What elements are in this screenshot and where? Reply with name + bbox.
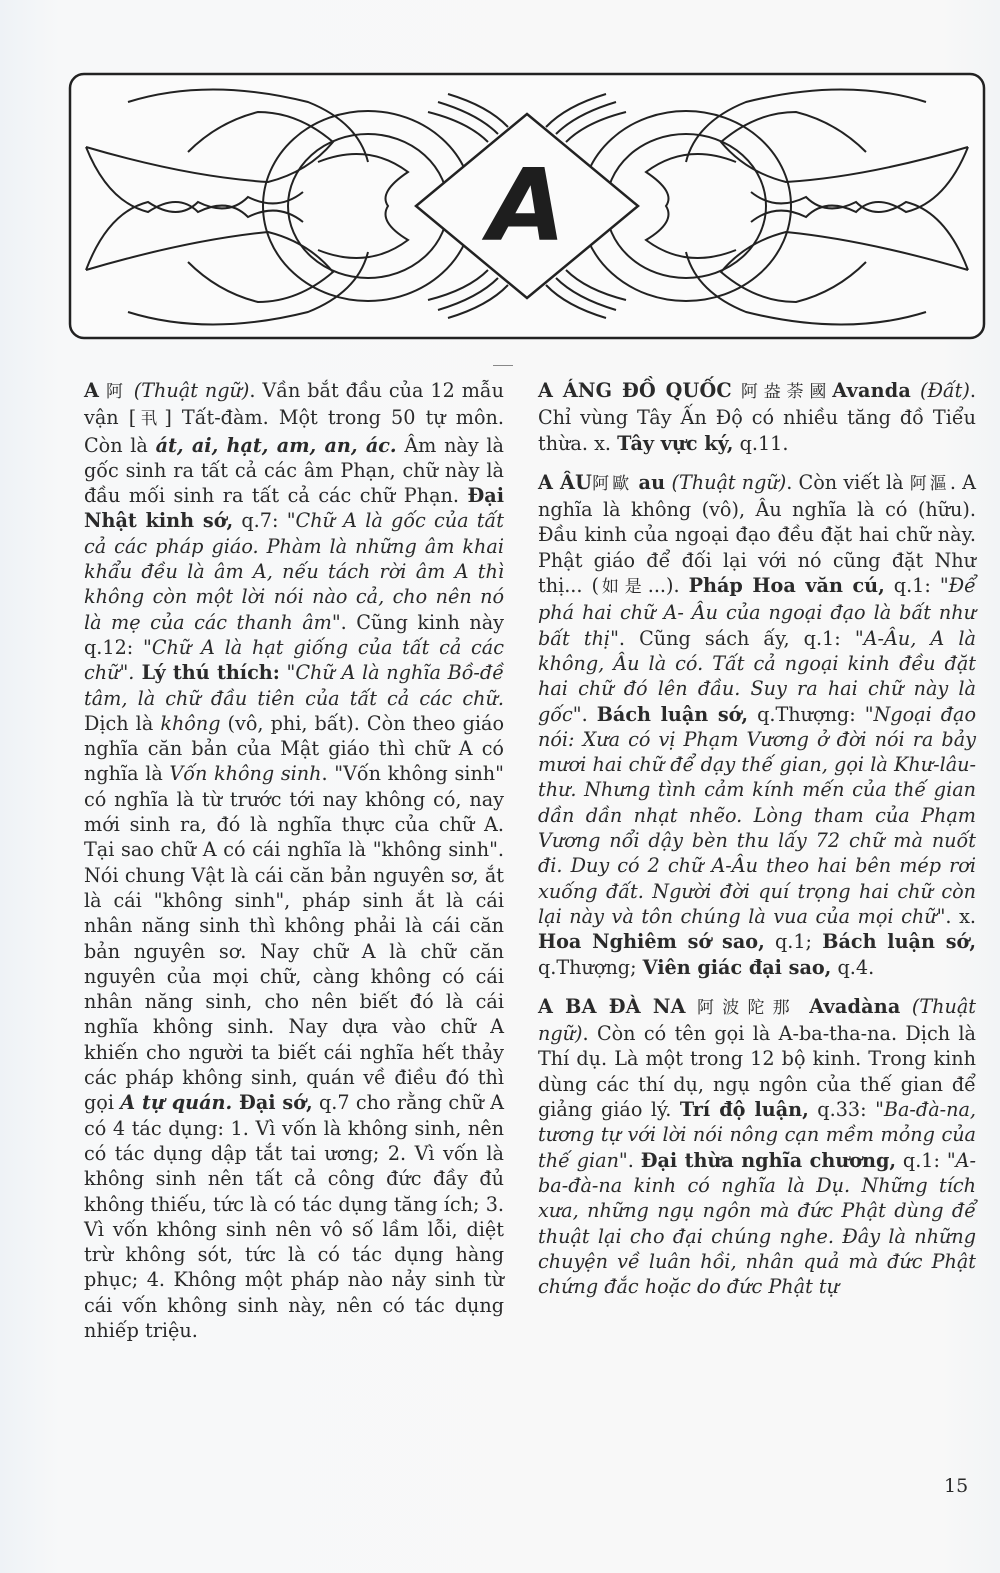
entry-body: A ÁNG ĐỒ QUỐC 阿盎荼國Avanda (Đất). Chỉ vùng…	[538, 378, 976, 456]
definition-text: Dịch là	[84, 712, 160, 735]
han-characters: 如是	[599, 577, 648, 597]
definition-text: . x.	[945, 905, 976, 928]
definition-text: . Còn viết là	[786, 471, 909, 494]
han-characters: 阿歐	[592, 474, 632, 494]
left-column: A 阿 (Thuật ngữ). Vần bắt đầu của 12 mẫu …	[84, 378, 504, 1357]
headword: A BA ĐÀ NA	[538, 995, 686, 1018]
entry-body: A BA ĐÀ NA 阿波陀那 Avadàna (Thuật ngữ). Còn…	[538, 994, 976, 1300]
source-reference: Pháp Hoa văn cú,	[689, 574, 885, 597]
source-reference: Đại sớ,	[232, 1091, 313, 1114]
definition-text: q.1:	[885, 574, 940, 597]
definition-text: q.1;	[765, 930, 822, 953]
source-reference: Lý thú thích:	[134, 661, 279, 684]
definition-text: . "Vốn không sinh" có nghĩa là từ trước …	[84, 762, 504, 1114]
term: A tự quán.	[120, 1091, 232, 1114]
right-column: A ÁNG ĐỒ QUỐC 阿盎荼國Avanda (Đất). Chỉ vùng…	[538, 378, 976, 1313]
source-reference: Hoa Nghiêm sớ sao,	[538, 930, 765, 953]
category-label: (Đất)	[920, 379, 970, 402]
entry-a-ba-da-na: A BA ĐÀ NA 阿波陀那 Avadàna (Thuật ngữ). Còn…	[538, 994, 976, 1300]
siddham-glyph: 丮	[136, 409, 164, 429]
source-reference: Đại thừa nghĩa chương,	[641, 1149, 896, 1172]
definition-text: q.7 cho rằng chữ A có 4 tác dụng: 1. Vì …	[84, 1091, 504, 1342]
entry-body: A ÂU阿歐 au (Thuật ngữ). Còn viết là 阿漚. A…	[538, 470, 976, 980]
variant-syllables: át, ai, hạt, am, an, ác.	[156, 434, 397, 457]
emphasis: không	[160, 712, 220, 735]
entry-a: A 阿 (Thuật ngữ). Vần bắt đầu của 12 mẫu …	[84, 378, 504, 1343]
entry-a-au: A ÂU阿歐 au (Thuật ngữ). Còn viết là 阿漚. A…	[538, 470, 976, 980]
definition-text: ...).	[648, 574, 689, 597]
definition-text: .	[582, 703, 597, 726]
entry-body: A 阿 (Thuật ngữ). Vần bắt đầu của 12 mẫu …	[84, 378, 504, 1343]
definition-text: q.Thượng;	[538, 956, 643, 979]
definition-text: q.7:	[233, 509, 287, 532]
source-reference: Bách luận sớ,	[597, 703, 748, 726]
definition-text: q.33:	[809, 1098, 875, 1121]
definition-text: q.Thượng:	[748, 703, 865, 726]
category-label: (Thuật ngữ)	[134, 379, 250, 402]
print-mark	[493, 365, 513, 366]
source-reference: Viên giác đại sao,	[643, 956, 832, 979]
banner-letter: A	[481, 147, 565, 264]
dictionary-page: A A 阿 (Thuật ngữ). Vần bắt đầu của 12 mẫ…	[0, 0, 1000, 1573]
han-characters: 阿盎荼國	[741, 382, 832, 402]
definition-text: q.11.	[733, 432, 788, 455]
headword: A ÂU	[538, 471, 592, 494]
source-reference: Trí độ luận,	[680, 1098, 809, 1121]
sanskrit-term: Avanda	[832, 379, 911, 402]
definition-text: q.4.	[831, 956, 874, 979]
definition-text: q.1:	[896, 1149, 947, 1172]
headword: A	[84, 379, 99, 402]
han-characters: 阿漚	[910, 474, 950, 494]
han-characters: 阿	[106, 382, 127, 402]
source-reference: Tây vực ký,	[617, 432, 733, 455]
entry-a-ang-do-quoc: A ÁNG ĐỒ QUỐC 阿盎荼國Avanda (Đất). Chỉ vùng…	[538, 378, 976, 456]
definition-text: .	[628, 1149, 641, 1172]
category-label: (Thuật ngữ)	[671, 471, 786, 494]
definition-text: . Cũng sách ấy, q.1:	[619, 627, 855, 650]
ornamental-banner: A	[68, 72, 986, 340]
source-reference: Bách luận sớ,	[822, 930, 976, 953]
page-number: 15	[944, 1475, 968, 1497]
scroll-ornament-icon: A	[68, 72, 986, 340]
sanskrit-term: Avadàna	[809, 995, 900, 1018]
sanskrit-term: au	[638, 471, 665, 494]
han-characters: 阿波陀那	[697, 998, 798, 1018]
headword: A ÁNG ĐỒ QUỐC	[538, 379, 732, 402]
emphasis: Vốn không sinh	[169, 762, 321, 785]
quotation: "Ngoại đạo nói: Xưa có vị Phạm Vương ở đ…	[538, 703, 976, 928]
